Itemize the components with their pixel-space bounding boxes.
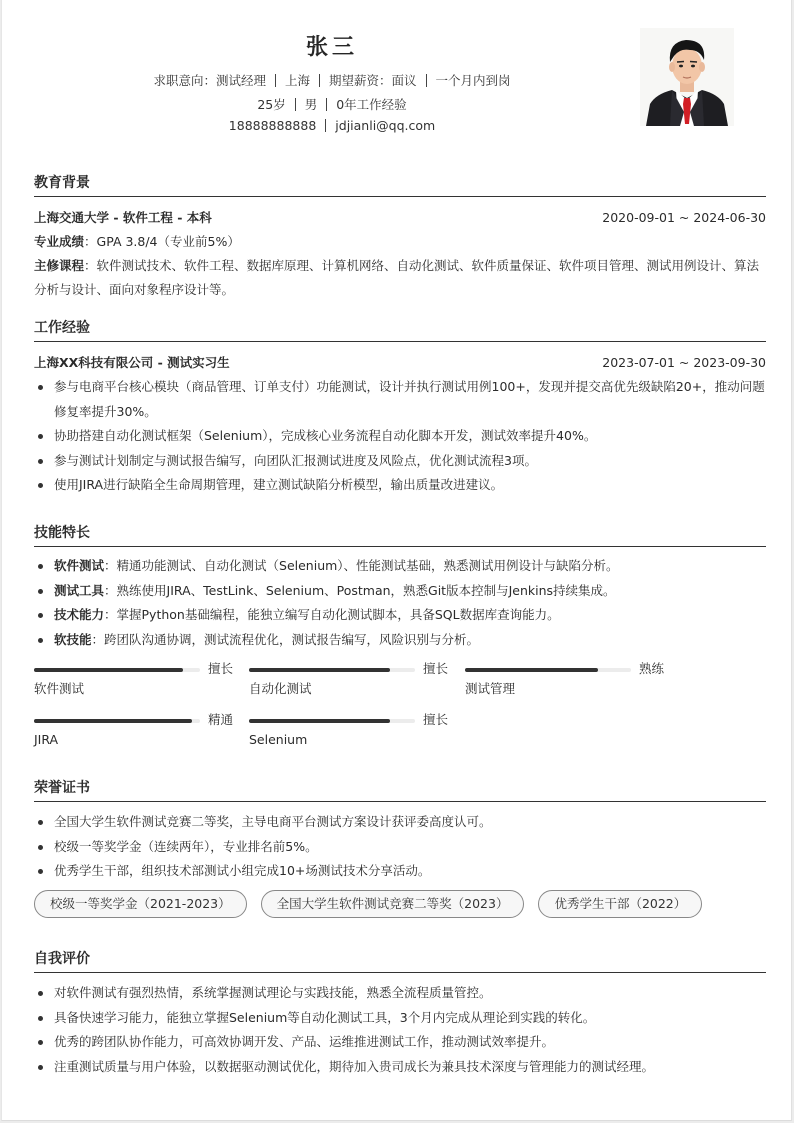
school-major-degree: 上海交通大学 - 软件工程 - 本科 [34,210,212,225]
progress-fill [34,719,192,723]
list-item: 软件测试：精通功能测试、自动化测试（Selenium）、性能测试基础，熟悉测试用… [34,554,766,579]
list-item: 优秀学生干部，组织技术部测试小组完成10+场测试技术分享活动。 [34,859,766,884]
honor-tag: 全国大学生软件测试竞赛二等奖（2023） [261,890,525,918]
progress-fill [34,668,183,672]
progress-track [249,719,415,723]
list-item: 测试工具：熟练使用JIRA、TestLink、Selenium、Postman，… [34,579,766,604]
list-item: 注重测试质量与用户体验，以数据驱动测试优化，期待加入贵司成长为兼具技术深度与管理… [34,1055,766,1080]
list-item: 使用JIRA进行缺陷全生命周期管理，建立测试缺陷分析模型，输出质量改进建议。 [34,473,766,498]
education-date: 2020-09-01 ~ 2024-06-30 [602,205,766,230]
list-item: 具备快速学习能力，能独立掌握Selenium等自动化测试工具，3个月内完成从理论… [34,1006,766,1031]
divider [275,74,276,87]
contact-line: 18888888888jdjianli@qq.com [2,118,662,133]
education-entry-header: 上海交通大学 - 软件工程 - 本科 2020-09-01 ~ 2024-06-… [34,205,766,230]
progress-track [34,668,200,672]
courses-label: 主修课程 [34,258,84,273]
expected-salary: 期望薪资：面议 [329,73,417,88]
experience-years: 0年工作经验 [336,97,406,112]
company-position: 上海XX科技有限公司 - 测试实习生 [34,355,230,370]
section-title: 自我评价 [34,949,766,973]
work-entry-header: 上海XX科技有限公司 - 测试实习生 2023-07-01 ~ 2023-09-… [34,350,766,375]
progress-track [465,668,631,672]
honors-section: 荣誉证书 全国大学生软件测试竞赛二等奖，主导电商平台测试方案设计获评委高度认可。… [34,778,766,884]
skill-label: 测试工具 [54,583,104,598]
avatar [640,28,734,126]
honors-bullets: 全国大学生软件测试竞赛二等奖，主导电商平台测试方案设计获评委高度认可。 校级一等… [34,810,766,884]
skill-bar: 熟练 测试管理 [465,660,665,704]
section-title: 技能特长 [34,523,766,547]
skill-text: ：跨团队沟通协调，测试流程优化，测试报告编写，风险识别与分析。 [92,632,480,647]
skill-name: 测试管理 [465,680,515,698]
progress-fill [465,668,598,672]
section-title: 教育背景 [34,173,766,197]
skills-bullets: 软件测试：精通功能测试、自动化测试（Selenium）、性能测试基础，熟悉测试用… [34,554,766,652]
divider [295,98,296,111]
list-item: 参与电商平台核心模块（商品管理、订单支付）功能测试，设计并执行测试用例100+，… [34,375,766,424]
job-intent: 求职意向：测试经理 [153,73,266,88]
skill-label: 软件测试 [54,558,104,573]
resume-header: 张三 求职意向：测试经理上海期望薪资：面议一个月内到岗 25岁男0年工作经验 1… [2,0,793,150]
divider [325,119,326,132]
list-item: 技术能力：掌握Python基础编程，能独立编写自动化测试脚本，具备SQL数据库查… [34,603,766,628]
phone: 18888888888 [229,118,316,133]
skill-level: 擅长 [423,660,448,678]
courses-line: 主修课程：软件测试技术、软件工程、数据库原理、计算机网络、自动化测试、软件质量保… [34,254,766,302]
work-experience-section: 工作经验 上海XX科技有限公司 - 测试实习生 2023-07-01 ~ 202… [34,318,766,498]
skill-name: JIRA [34,731,58,749]
skill-label: 技术能力 [54,607,104,622]
list-item: 软技能：跨团队沟通协调，测试流程优化，测试报告编写，风险识别与分析。 [34,628,766,653]
section-title: 荣誉证书 [34,778,766,802]
skill-bar: 擅长 自动化测试 [249,660,449,704]
progress-track [34,719,200,723]
skill-name: Selenium [249,731,307,749]
honor-tag: 校级一等奖学金（2021-2023） [34,890,247,918]
progress-track [249,668,415,672]
personal-info-line: 25岁男0年工作经验 [2,95,662,113]
gpa-value: ：GPA 3.8/4（专业前5%） [84,234,240,249]
skill-text: ：掌握Python基础编程，能独立编写自动化测试脚本，具备SQL数据库查询能力。 [104,607,560,622]
email[interactable]: jdjianli@qq.com [335,118,435,133]
skill-text: ：熟练使用JIRA、TestLink、Selenium、Postman，熟悉Gi… [104,583,616,598]
skill-bar: 擅长 软件测试 [34,660,234,704]
divider [426,74,427,87]
section-title: 工作经验 [34,318,766,342]
person-portrait-icon [640,28,734,126]
skill-level: 擅长 [208,660,233,678]
skill-text: ：精通功能测试、自动化测试（Selenium）、性能测试基础，熟悉测试用例设计与… [104,558,619,573]
gender: 男 [305,97,318,112]
skill-label: 软技能 [54,632,92,647]
honor-tag: 优秀学生干部（2022） [538,890,702,918]
list-item: 优秀的跨团队协作能力，可高效协调开发、产品、运维推进测试工作，推动测试效率提升。 [34,1030,766,1055]
list-item: 对软件测试有强烈热情，系统掌握测试理论与实践技能，熟悉全流程质量管控。 [34,981,766,1006]
skill-level: 擅长 [423,711,448,729]
skill-name: 软件测试 [34,680,84,698]
progress-fill [249,668,390,672]
skill-bar: 擅长 Selenium [249,711,449,755]
list-item: 协助搭建自动化测试框架（Selenium），完成核心业务流程自动化脚本开发，测试… [34,424,766,449]
work-bullets: 参与电商平台核心模块（商品管理、订单支付）功能测试，设计并执行测试用例100+，… [34,375,766,498]
skills-section: 技能特长 软件测试：精通功能测试、自动化测试（Selenium）、性能测试基础，… [34,523,766,752]
skill-bars: 擅长 软件测试 擅长 自动化测试 熟练 测试管理 精通 JIRA 擅长 [34,652,766,752]
divider [319,74,320,87]
list-item: 参与测试计划制定与测试报告编写，向团队汇报测试进度及风险点，优化测试流程3项。 [34,449,766,474]
courses-value: ：软件测试技术、软件工程、数据库原理、计算机网络、自动化测试、软件质量保证、软件… [34,258,759,297]
job-intent-line: 求职意向：测试经理上海期望薪资：面议一个月内到岗 [2,71,662,89]
self-eval-bullets: 对软件测试有强烈热情，系统掌握测试理论与实践技能，熟悉全流程质量管控。 具备快速… [34,981,766,1079]
gpa-label: 专业成绩 [34,234,84,249]
skill-level: 熟练 [639,660,664,678]
skill-name: 自动化测试 [249,680,312,698]
list-item: 全国大学生软件测试竞赛二等奖，主导电商平台测试方案设计获评委高度认可。 [34,810,766,835]
honor-tags: 校级一等奖学金（2021-2023）全国大学生软件测试竞赛二等奖（2023）优秀… [34,890,716,918]
education-section: 教育背景 上海交通大学 - 软件工程 - 本科 2020-09-01 ~ 202… [34,173,766,302]
gpa-line: 专业成绩：GPA 3.8/4（专业前5%） [34,230,766,254]
progress-fill [249,719,390,723]
availability: 一个月内到岗 [436,73,511,88]
list-item: 校级一等奖学金（连续两年），专业排名前5%。 [34,835,766,860]
skill-bar: 精通 JIRA [34,711,234,755]
resume-page: 张三 求职意向：测试经理上海期望薪资：面议一个月内到岗 25岁男0年工作经验 1… [1,0,792,1121]
self-evaluation-section: 自我评价 对软件测试有强烈热情，系统掌握测试理论与实践技能，熟悉全流程质量管控。… [34,949,766,1079]
candidate-name: 张三 [2,30,662,61]
skill-level: 精通 [208,711,233,729]
location: 上海 [285,73,310,88]
work-date: 2023-07-01 ~ 2023-09-30 [602,350,766,375]
divider [326,98,327,111]
age: 25岁 [257,97,285,112]
